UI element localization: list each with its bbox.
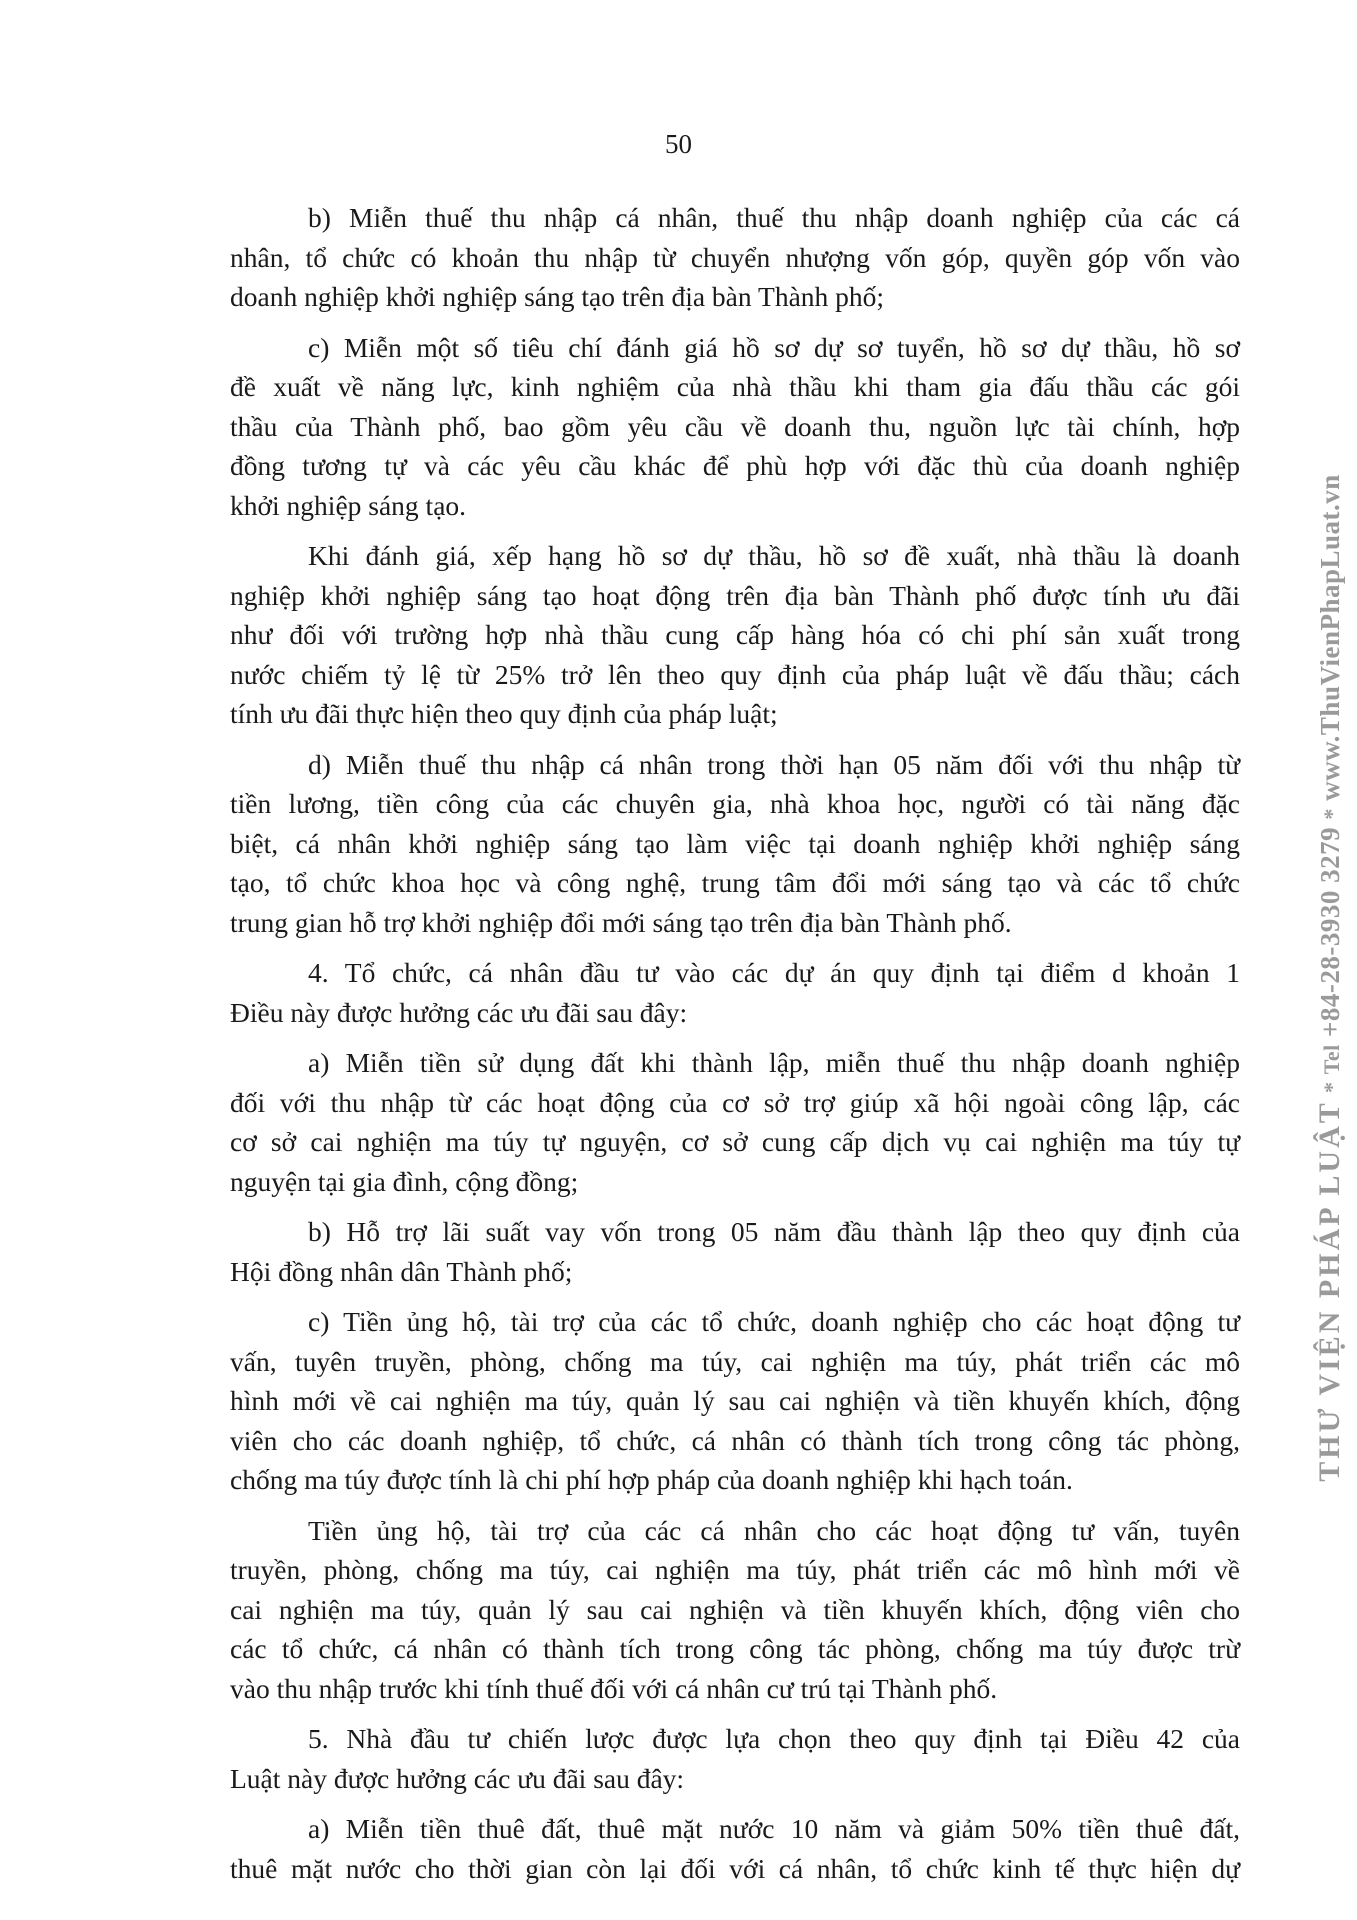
text-line: a) Miễn tiền thuê đất, thuê mặt nước 10 … [230,1809,1240,1849]
paragraph-4: 4. Tổ chức, cá nhân đầu tư vào các dự án… [230,953,1240,1032]
text-line: 5. Nhà đầu tư chiến lược được lựa chọn t… [230,1719,1240,1759]
text-line: như đối với trường hợp nhà thầu cung cấp… [230,615,1240,655]
text-line: Hội đồng nhân dân Thành phố; [230,1252,1240,1292]
paragraph-4c: c) Tiền ủng hộ, tài trợ của các tổ chức,… [230,1302,1240,1500]
watermark-tel-number: +84-28-3930 3279 [1315,827,1345,1037]
text-line: 4. Tổ chức, cá nhân đầu tư vào các dự án… [230,953,1240,993]
text-line: trung gian hỗ trợ khởi nghiệp đổi mới sá… [230,903,1240,943]
paragraph-4a: a) Miễn tiền sử dụng đất khi thành lập, … [230,1043,1240,1201]
text-line: Khi đánh giá, xếp hạng hồ sơ dự thầu, hồ… [230,536,1240,576]
page-number: 50 [0,128,1357,160]
text-line: vào thu nhập trước khi tính thuế đối với… [230,1669,1240,1709]
paragraph-5: 5. Nhà đầu tư chiến lược được lựa chọn t… [230,1719,1240,1798]
text-line: Luật này được hưởng các ưu đãi sau đây: [230,1759,1240,1799]
watermark-tel-label: Tel [1319,1044,1344,1074]
text-line: cai nghiện ma túy, quản lý sau cai nghiệ… [230,1590,1240,1630]
text-line: d) Miễn thuế thu nhập cá nhân trong thời… [230,745,1240,785]
text-line: đối với thu nhập từ các hoạt động của cơ… [230,1083,1240,1123]
paragraph-5a: a) Miễn tiền thuê đất, thuê mặt nước 10 … [230,1809,1240,1888]
text-line: thầu của Thành phố, bao gồm yêu cầu về d… [230,407,1240,447]
text-line: Tiền ủng hộ, tài trợ của các cá nhân cho… [230,1511,1240,1551]
document-body: b) Miễn thuế thu nhập cá nhân, thuế thu … [230,198,1240,1899]
text-line: đề xuất về năng lực, kinh nghiệm của nhà… [230,367,1240,407]
text-line: viên cho các doanh nghiệp, tổ chức, cá n… [230,1421,1240,1461]
text-line: cơ sở cai nghiện ma túy tự nguyện, cơ sở… [230,1122,1240,1162]
text-line: chống ma túy được tính là chi phí hợp ph… [230,1460,1240,1500]
watermark-text: THƯ VIỆN PHÁP LUẬT * Tel +84-28-3930 327… [1313,474,1347,1482]
paragraph-3b: b) Miễn thuế thu nhập cá nhân, thuế thu … [230,198,1240,317]
text-line: thuê mặt nước cho thời gian còn lại đối … [230,1849,1240,1889]
text-line: c) Tiền ủng hộ, tài trợ của các tổ chức,… [230,1302,1240,1342]
text-line: biệt, cá nhân khởi nghiệp sáng tạo làm v… [230,824,1240,864]
text-line: hình mới về cai nghiện ma túy, quản lý s… [230,1381,1240,1421]
text-line: doanh nghiệp khởi nghiệp sáng tạo trên đ… [230,277,1240,317]
watermark-brand: THƯ VIỆN PHÁP LUẬT [1313,1100,1346,1482]
watermark-separator: * [1319,808,1344,820]
text-line: a) Miễn tiền sử dụng đất khi thành lập, … [230,1043,1240,1083]
text-line: nghiệp khởi nghiệp sáng tạo hoạt động tr… [230,576,1240,616]
text-line: nguyện tại gia đình, cộng đồng; [230,1162,1240,1202]
text-line: nhân, tổ chức có khoản thu nhập từ chuyể… [230,238,1240,278]
text-line: truyền, phòng, chống ma túy, cai nghiện … [230,1550,1240,1590]
text-line: vấn, tuyên truyền, phòng, chống ma túy, … [230,1342,1240,1382]
paragraph-3d: d) Miễn thuế thu nhập cá nhân trong thời… [230,745,1240,943]
text-line: b) Hỗ trợ lãi suất vay vốn trong 05 năm … [230,1212,1240,1252]
watermark-website: www.ThuVienPhapLuat.vn [1315,474,1345,801]
text-line: tiền lương, tiền công của các chuyên gia… [230,784,1240,824]
paragraph-4b: b) Hỗ trợ lãi suất vay vốn trong 05 năm … [230,1212,1240,1291]
watermark: THƯ VIỆN PHÁP LUẬT * Tel +84-28-3930 327… [1305,378,1355,1578]
text-line: b) Miễn thuế thu nhập cá nhân, thuế thu … [230,198,1240,238]
text-line: tạo, tổ chức khoa học và công nghệ, trun… [230,863,1240,903]
text-line: khởi nghiệp sáng tạo. [230,486,1240,526]
paragraph-3c: c) Miễn một số tiêu chí đánh giá hồ sơ d… [230,328,1240,526]
text-line: đồng tương tự và các yêu cầu khác để phù… [230,446,1240,486]
watermark-separator: * [1319,1081,1344,1093]
text-line: tính ưu đãi thực hiện theo quy định của … [230,694,1240,734]
paragraph-4c-continued: Tiền ủng hộ, tài trợ của các cá nhân cho… [230,1511,1240,1709]
text-line: các tổ chức, cá nhân có thành tích trong… [230,1629,1240,1669]
text-line: Điều này được hưởng các ưu đãi sau đây: [230,993,1240,1033]
paragraph-3c-continued: Khi đánh giá, xếp hạng hồ sơ dự thầu, hồ… [230,536,1240,734]
text-line: c) Miễn một số tiêu chí đánh giá hồ sơ d… [230,328,1240,368]
text-line: nước chiếm tỷ lệ từ 25% trở lên theo quy… [230,655,1240,695]
